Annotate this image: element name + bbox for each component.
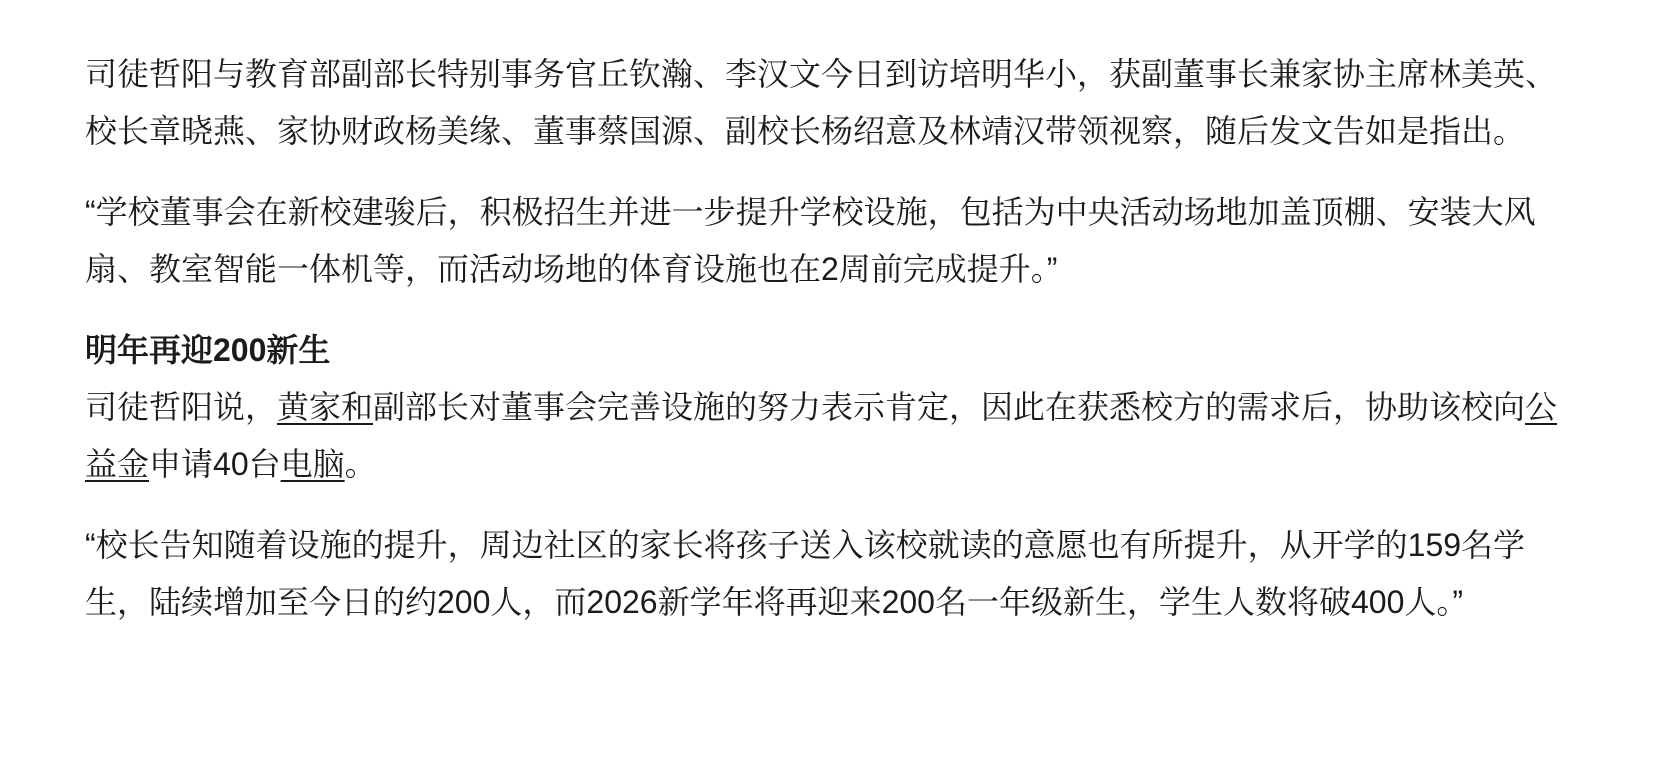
- entity-link[interactable]: 电脑: [281, 446, 345, 482]
- paragraph-quote-enrolment: “校长告知随着设施的提升，周边社区的家长将孩子送入该校就读的意愿也有所提升，从开…: [85, 517, 1575, 631]
- section-heading-new-students: 明年再迎200新生: [85, 322, 1575, 379]
- text-run: 副部长对董事会完善设施的努力表示肯定，因此在获悉校方的需求后，协助该校向: [373, 389, 1525, 425]
- text-run: 申请40台: [149, 446, 281, 482]
- article-body: 司徒哲阳与教育部副部长特别事务官丘钦瀚、李汉文今日到访培明华小，获副董事长兼家协…: [0, 0, 1653, 631]
- text-run: 。: [345, 446, 377, 482]
- entity-link[interactable]: 黄家和: [277, 389, 373, 425]
- paragraph-intro: 司徒哲阳与教育部副部长特别事务官丘钦瀚、李汉文今日到访培明华小，获副董事长兼家协…: [85, 46, 1575, 160]
- text-run: 司徒哲阳说，: [85, 389, 277, 425]
- paragraph-computer-donation: 司徒哲阳说，黄家和副部长对董事会完善设施的努力表示肯定，因此在获悉校方的需求后，…: [85, 379, 1575, 493]
- paragraph-quote-facilities: “学校董事会在新校建骏后，积极招生并进一步提升学校设施，包括为中央活动场地加盖顶…: [85, 184, 1575, 298]
